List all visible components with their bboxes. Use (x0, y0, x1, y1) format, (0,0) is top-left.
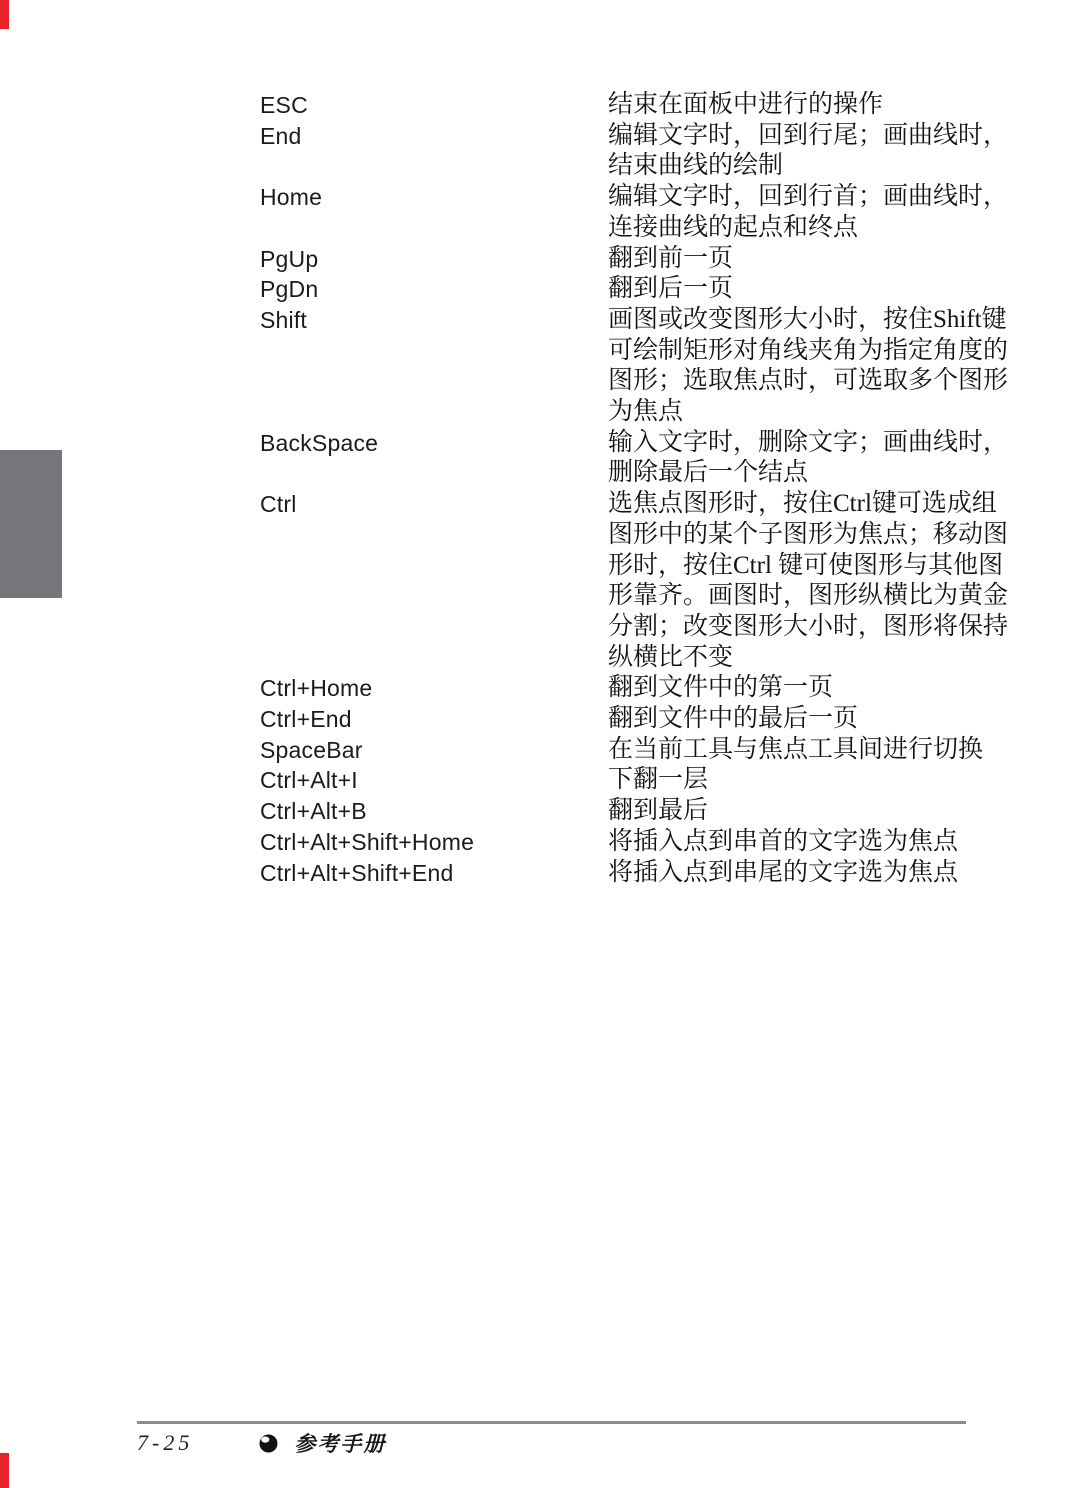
shortcut-description-line: 翻到前一页 (608, 244, 976, 275)
shortcut-table: ESC 结束在面板中进行的操作 End 编辑文字时，回到行尾；画曲线时， 结束曲… (260, 90, 976, 888)
shortcut-key: End (260, 121, 608, 152)
shortcut-key: ESC (260, 90, 608, 121)
shortcut-key: Home (260, 182, 608, 213)
shortcut-description: 翻到文件中的第一页 (608, 673, 976, 704)
shortcut-key: PgUp (260, 244, 608, 275)
shortcut-row: Ctrl 选焦点图形时，按住Ctrl键可选成组 图形中的某个子图形为焦点；移动图… (260, 489, 976, 673)
shortcut-description-line: 编辑文字时，回到行首；画曲线时， (608, 182, 1008, 213)
shortcut-row: Ctrl+Alt+Shift+Home 将插入点到串首的文字选为焦点 (260, 827, 976, 858)
footer-rule (137, 1421, 966, 1424)
shortcut-description: 翻到前一页 (608, 244, 976, 275)
shortcut-row: ESC 结束在面板中进行的操作 (260, 90, 976, 121)
shortcut-key: Ctrl+Alt+Shift+End (260, 858, 608, 889)
shortcut-row: SpaceBar 在当前工具与焦点工具间进行切换 (260, 735, 976, 766)
shortcut-description-line: 为焦点 (608, 397, 1008, 428)
shortcut-description: 编辑文字时，回到行尾；画曲线时， 结束曲线的绘制 (608, 121, 1008, 182)
shortcut-description-line: 形靠齐。画图时，图形纵横比为黄金 (608, 581, 1008, 612)
shortcut-key: Ctrl+Alt+B (260, 796, 608, 827)
shortcut-description-line: 画图或改变图形大小时，按住Shift键 (608, 305, 1008, 336)
shortcut-description-line: 分割；改变图形大小时，图形将保持 (608, 612, 1008, 643)
shortcut-description-line: 翻到文件中的第一页 (608, 673, 976, 704)
shortcut-row: Shift 画图或改变图形大小时，按住Shift键 可绘制矩形对角线夹角为指定角… (260, 305, 976, 428)
shortcut-description-line: 形时，按住Ctrl 键可使图形与其他图 (608, 551, 1008, 582)
shortcut-description-line: 可绘制矩形对角线夹角为指定角度的 (608, 336, 1008, 367)
shortcut-description: 翻到后一页 (608, 274, 976, 305)
shortcut-row: Ctrl+End 翻到文件中的最后一页 (260, 704, 976, 735)
shaded-ball-icon (259, 1434, 278, 1453)
shortcut-description-line: 翻到最后 (608, 796, 976, 827)
shortcut-key: Ctrl (260, 489, 608, 520)
shortcut-description: 将插入点到串尾的文字选为焦点 (608, 858, 976, 889)
shortcut-key: PgDn (260, 274, 608, 305)
shortcut-row: Ctrl+Alt+I 下翻一层 (260, 765, 976, 796)
page-edge-mark-top (0, 0, 9, 29)
shortcut-description: 选焦点图形时，按住Ctrl键可选成组 图形中的某个子图形为焦点；移动图 形时，按… (608, 489, 1008, 673)
shortcut-row: Ctrl+Alt+Shift+End 将插入点到串尾的文字选为焦点 (260, 858, 976, 889)
shortcut-description-line: 结束在面板中进行的操作 (608, 90, 976, 121)
shortcut-row: Ctrl+Alt+B 翻到最后 (260, 796, 976, 827)
shortcut-description-line: 编辑文字时，回到行尾；画曲线时， (608, 121, 1008, 152)
shortcut-description: 编辑文字时，回到行首；画曲线时， 连接曲线的起点和终点 (608, 182, 1008, 243)
page-number: 7-25 (137, 1430, 193, 1456)
shortcut-key: Ctrl+Home (260, 673, 608, 704)
page-footer: 7-25 参考手册 (137, 1428, 386, 1458)
shortcut-description: 输入文字时，删除文字；画曲线时， 删除最后一个结点 (608, 428, 1008, 489)
shortcut-description-line: 图形中的某个子图形为焦点；移动图 (608, 520, 1008, 551)
shortcut-description-line: 纵横比不变 (608, 643, 1008, 674)
shortcut-key: Shift (260, 305, 608, 336)
shortcut-description-line: 将插入点到串首的文字选为焦点 (608, 827, 976, 858)
shortcut-description-line: 将插入点到串尾的文字选为焦点 (608, 858, 976, 889)
shortcut-key: Ctrl+Alt+I (260, 765, 608, 796)
shortcut-row: PgUp 翻到前一页 (260, 244, 976, 275)
shortcut-description: 翻到最后 (608, 796, 976, 827)
shortcut-description-line: 输入文字时，删除文字；画曲线时， (608, 428, 1008, 459)
shortcut-description: 翻到文件中的最后一页 (608, 704, 976, 735)
shortcut-description-line: 翻到文件中的最后一页 (608, 704, 976, 735)
shortcut-row: Home 编辑文字时，回到行首；画曲线时， 连接曲线的起点和终点 (260, 182, 976, 243)
shortcut-description-line: 图形；选取焦点时，可选取多个图形 (608, 366, 1008, 397)
shortcut-key: Ctrl+Alt+Shift+Home (260, 827, 608, 858)
shortcut-key: SpaceBar (260, 735, 608, 766)
shortcut-description: 将插入点到串首的文字选为焦点 (608, 827, 976, 858)
manual-title: 参考手册 (294, 1428, 386, 1458)
shortcut-description-line: 下翻一层 (608, 765, 976, 796)
shortcut-key: Ctrl+End (260, 704, 608, 735)
section-tab (0, 450, 62, 598)
shortcut-key: BackSpace (260, 428, 608, 459)
shortcut-description-line: 删除最后一个结点 (608, 458, 1008, 489)
page-edge-mark-bottom (0, 1453, 9, 1488)
shortcut-row: PgDn 翻到后一页 (260, 274, 976, 305)
shortcut-description-line: 连接曲线的起点和终点 (608, 213, 1008, 244)
shortcut-row: Ctrl+Home 翻到文件中的第一页 (260, 673, 976, 704)
manual-page: ESC 结束在面板中进行的操作 End 编辑文字时，回到行尾；画曲线时， 结束曲… (0, 0, 1073, 1488)
shortcut-description: 下翻一层 (608, 765, 976, 796)
shortcut-row: End 编辑文字时，回到行尾；画曲线时， 结束曲线的绘制 (260, 121, 976, 182)
shortcut-description-line: 选焦点图形时，按住Ctrl键可选成组 (608, 489, 1008, 520)
shortcut-description: 结束在面板中进行的操作 (608, 90, 976, 121)
shortcut-description: 画图或改变图形大小时，按住Shift键 可绘制矩形对角线夹角为指定角度的 图形；… (608, 305, 1008, 428)
shortcut-description-line: 结束曲线的绘制 (608, 151, 1008, 182)
shortcut-description-line: 翻到后一页 (608, 274, 976, 305)
shortcut-description-line: 在当前工具与焦点工具间进行切换 (608, 735, 983, 766)
shortcut-description: 在当前工具与焦点工具间进行切换 (608, 735, 983, 766)
shortcut-row: BackSpace 输入文字时，删除文字；画曲线时， 删除最后一个结点 (260, 428, 976, 489)
